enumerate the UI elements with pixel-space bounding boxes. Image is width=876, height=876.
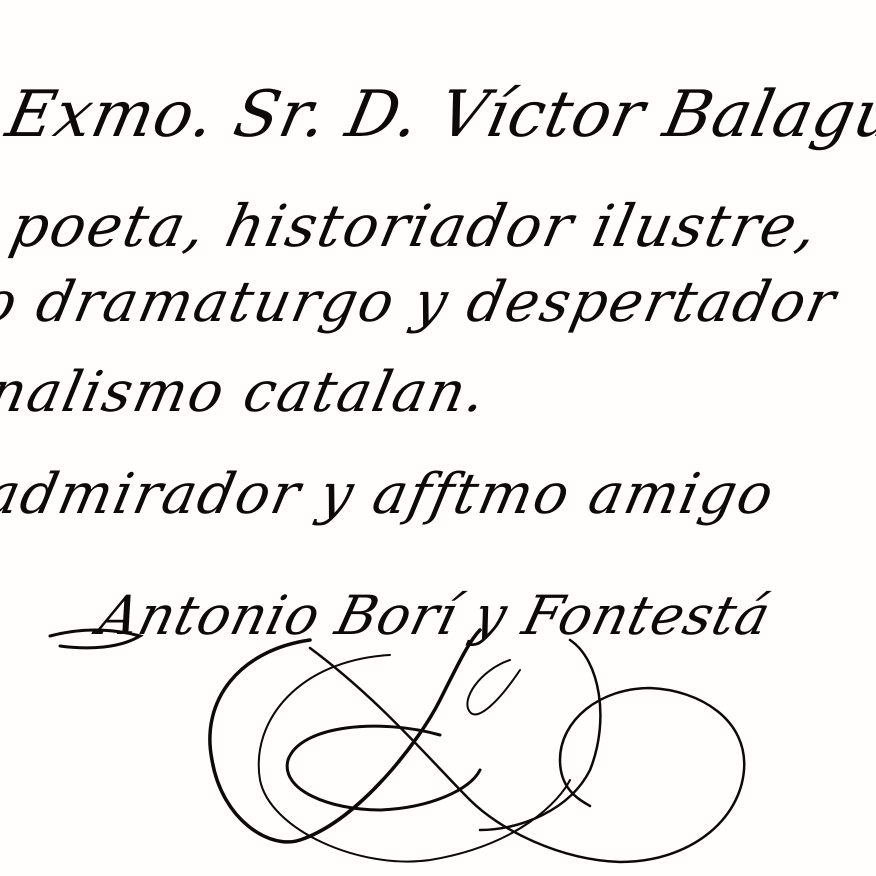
- signature-first-name: Antonio: [92, 584, 327, 647]
- manuscript-page: Exmo. Sr. D. Víctor Balaguer, poeta, his…: [0, 0, 876, 876]
- dedication-line-2: poeta, historiador ilustre,: [5, 192, 826, 260]
- dedication-line-4: nalismo catalan.: [0, 360, 493, 425]
- signature-last-name: Fontestá: [516, 584, 777, 647]
- signature-conjunction: y: [467, 584, 514, 647]
- closing-line: admirador y afftmo amigo: [0, 462, 781, 527]
- salutation-line: Exmo. Sr. D. Víctor Balaguer,: [0, 78, 876, 152]
- dedication-line-3: o dramaturgo y despertador: [0, 270, 843, 335]
- signature: AntonioBoríyFontestá: [92, 584, 777, 647]
- signature-middle-name: Borí: [330, 584, 465, 647]
